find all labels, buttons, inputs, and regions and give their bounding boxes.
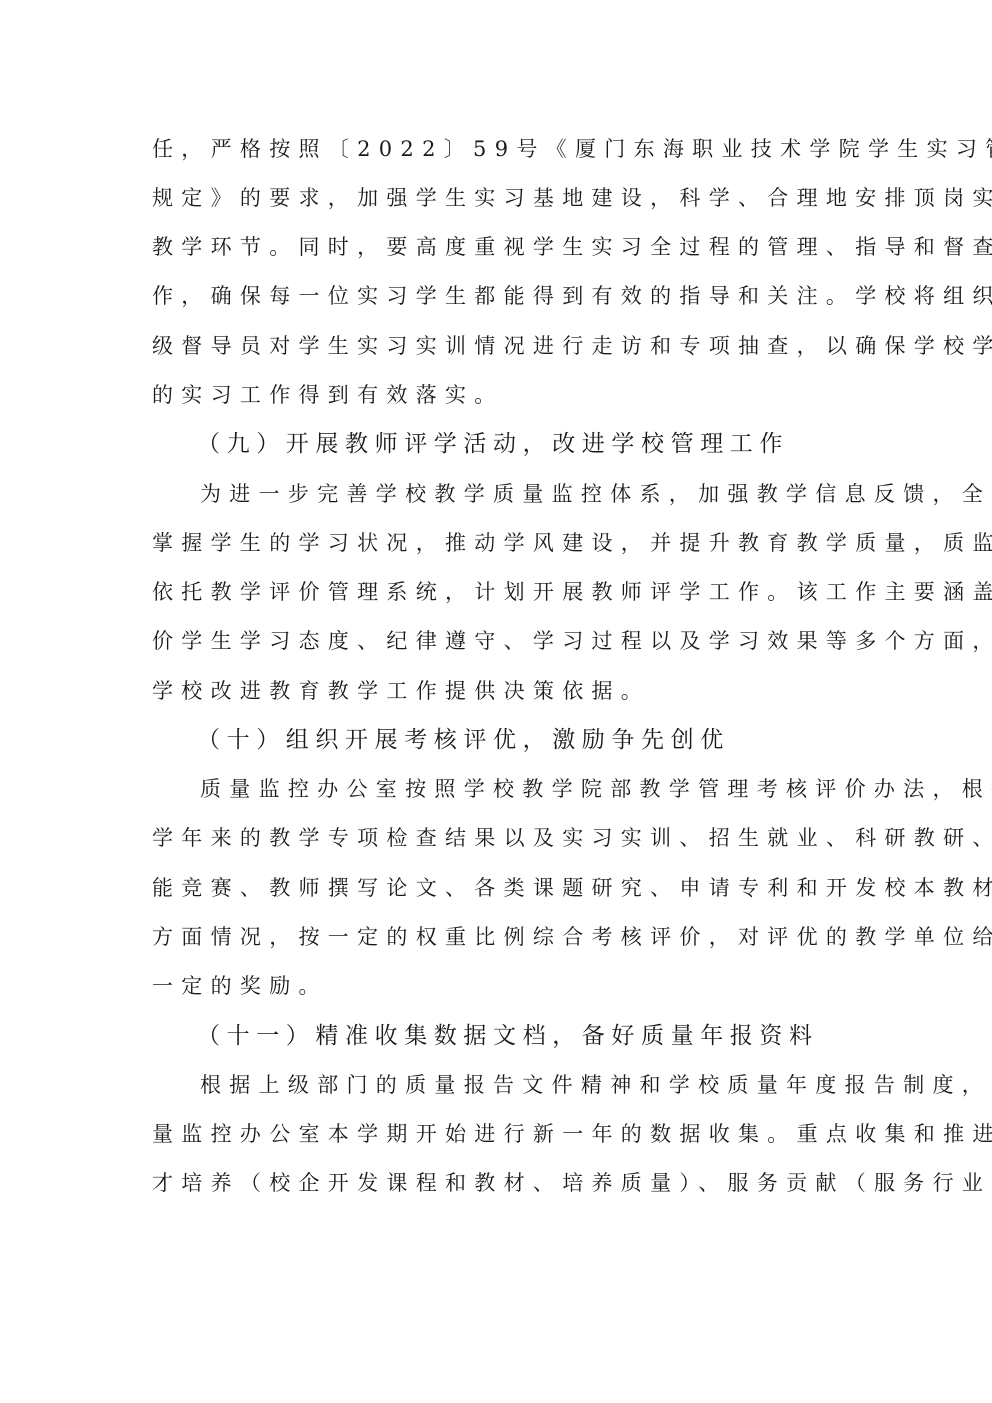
paragraph-line: 学年来的教学专项检查结果以及实习实训、招生就业、科研教研、技 bbox=[152, 823, 852, 853]
section-heading-11: （十一）精准收集数据文档，备好质量年报资料 bbox=[197, 1021, 897, 1051]
paragraph-line: 学校改进教育教学工作提供决策依据。 bbox=[152, 676, 852, 706]
document-page: 任，严格按照〔2022〕59号《厦门东海职业技术学院学生实习管理 规定》的要求，… bbox=[0, 0, 992, 1403]
paragraph-line: 为进一步完善学校教学质量监控体系，加强教学信息反馈，全面 bbox=[200, 479, 900, 509]
paragraph-line: 量监控办公室本学期开始进行新一年的数据收集。重点收集和推进人 bbox=[152, 1119, 852, 1149]
paragraph-line: 依托教学评价管理系统，计划开展教师评学工作。该工作主要涵盖评 bbox=[152, 577, 852, 607]
paragraph-line: 作，确保每一位实习学生都能得到有效的指导和关注。学校将组织校 bbox=[152, 281, 852, 311]
paragraph-line: 规定》的要求，加强学生实习基地建设，科学、合理地安排顶岗实习 bbox=[152, 183, 852, 213]
paragraph-line: 能竞赛、教师撰写论文、各类课题研究、申请专利和开发校本教材等 bbox=[152, 873, 852, 903]
paragraph-line: 才培养（校企开发课程和教材、培养质量）、服务贡献（服务行业企 bbox=[152, 1168, 852, 1198]
section-heading-10: （十）组织开展考核评优，激励争先创优 bbox=[197, 725, 897, 755]
paragraph-line: 价学生学习态度、纪律遵守、学习过程以及学习效果等多个方面，为 bbox=[152, 626, 852, 656]
section-heading-9: （九）开展教师评学活动，改进学校管理工作 bbox=[197, 429, 897, 459]
paragraph-line: 质量监控办公室按照学校教学院部教学管理考核评价办法，根据 bbox=[200, 774, 900, 804]
paragraph-line: 教学环节。同时，要高度重视学生实习全过程的管理、指导和督查工 bbox=[152, 232, 852, 262]
paragraph-line: 掌握学生的学习状况，推动学风建设，并提升教育教学质量，质监办 bbox=[152, 528, 852, 558]
paragraph-line: 级督导员对学生实习实训情况进行走访和专项抽查，以确保学校学生 bbox=[152, 331, 852, 361]
paragraph-line: 的实习工作得到有效落实。 bbox=[152, 380, 852, 410]
paragraph-line: 一定的奖励。 bbox=[152, 971, 852, 1001]
paragraph-line: 方面情况，按一定的权重比例综合考核评价，对评优的教学单位给予 bbox=[152, 922, 852, 952]
paragraph-line: 任，严格按照〔2022〕59号《厦门东海职业技术学院学生实习管理 bbox=[152, 134, 852, 164]
paragraph-line: 根据上级部门的质量报告文件精神和学校质量年度报告制度，质 bbox=[200, 1070, 900, 1100]
